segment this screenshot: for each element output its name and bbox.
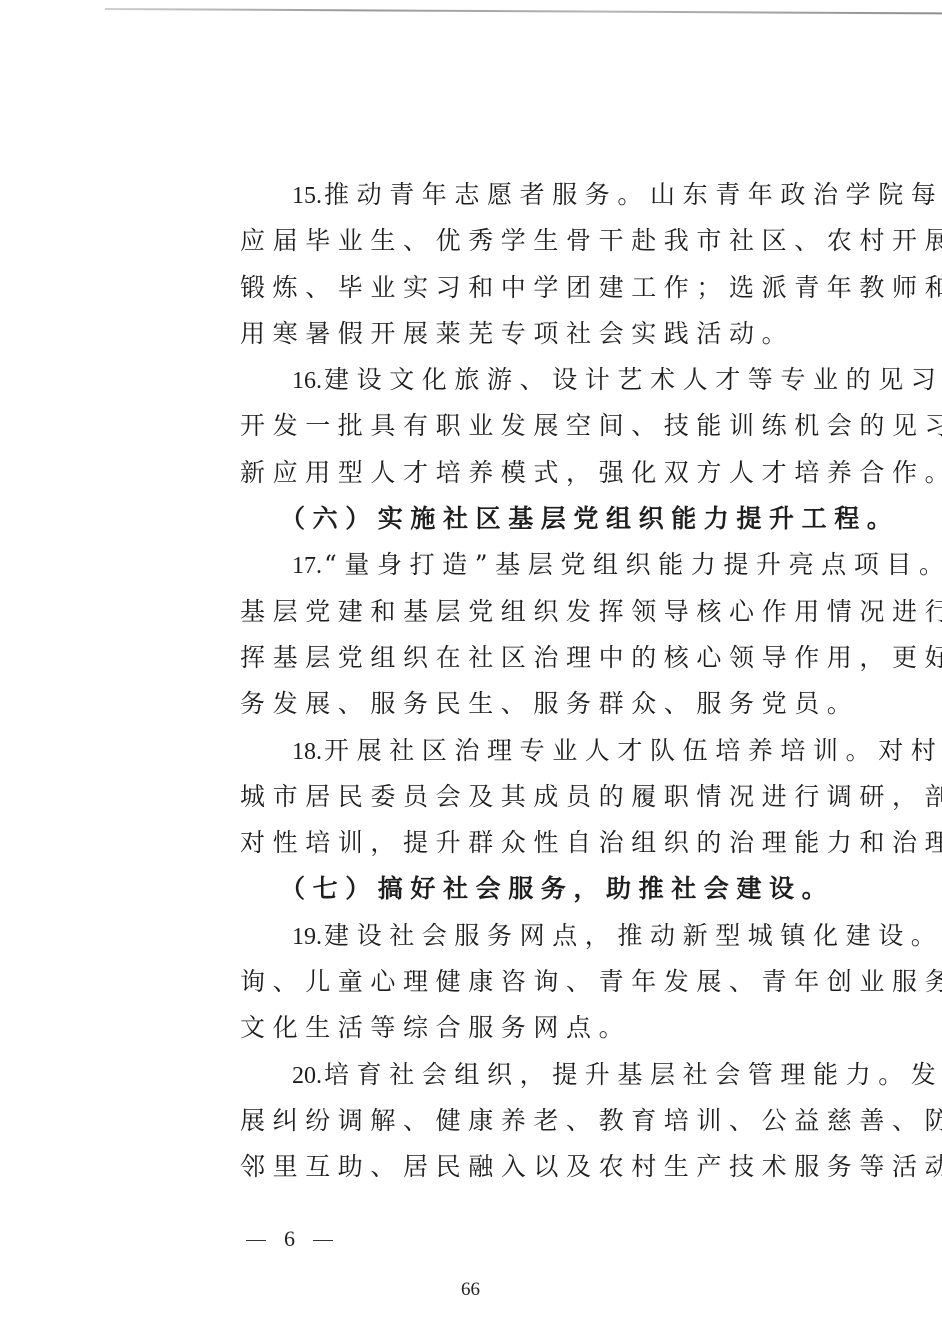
paragraph-line: 应届毕业生、优秀学生骨干赴我市社区、农村开展“青春引擎”实践 <box>240 218 942 264</box>
paragraph-line: 询、儿童心理健康咨询、青年发展、青年创业服务、村镇档案管理、 <box>240 959 942 1005</box>
paragraph-line: 新应用型人才培养模式，强化双方人才培养合作。 <box>240 450 942 496</box>
paragraph-line: 19.建设社会服务网点，推动新型城镇化建设。建设法律咨 <box>240 913 942 959</box>
paragraph-line: 用寒暑假开展莱芜专项社会实践活动。 <box>240 311 942 357</box>
dash-right <box>313 1240 333 1241</box>
paragraph-line: 锻炼、毕业实习和中学团建工作；选派青年教师和相关专业学生利 <box>240 265 942 311</box>
paragraph-line: 基层党建和基层党组织发挥领导核心作用情况进行调研，充分发 <box>240 589 942 635</box>
paragraph-line: 务发展、服务民生、服务群众、服务党员。 <box>240 681 942 727</box>
item-number: 20. <box>292 1063 322 1089</box>
paragraph-line: 20.培育社会组织，提升基层社会管理能力。发展能够有效开 <box>240 1052 942 1098</box>
scan-edge-line <box>105 8 942 14</box>
section-heading-7: （七）搞好社会服务，助推社会建设。 <box>240 866 942 912</box>
item-number: 19. <box>292 924 322 950</box>
paragraph-line: 15.推动青年志愿者服务。山东青年政治学院每年选派优秀 <box>240 172 942 218</box>
page-marker: 6 <box>246 1226 333 1252</box>
paragraph-line: 城市居民委员会及其成员的履职情况进行调研，剖析问题，加强针 <box>240 774 942 820</box>
item-number: 15. <box>292 183 322 209</box>
paragraph-item-20: 20.培育社会组织，提升基层社会管理能力。发展能够有效开 展纠纷调解、健康养老、… <box>240 1052 942 1191</box>
paragraph-line: 邻里互助、居民融入以及农村生产技术服务等活动的社区社会服 <box>240 1144 942 1190</box>
line-text: 推动青年志愿者服务。山东青年政治学院每年选派优秀 <box>324 180 942 209</box>
paragraph-line: 挥基层党组织在社区治理中的核心领导作用，更好地服务改革、服 <box>240 635 942 681</box>
paragraph-item-18: 18.开展社区治理专业人才队伍培养培训。对村民委员会和 城市居民委员会及其成员的… <box>240 728 942 867</box>
line-text: 开展社区治理专业人才队伍培养培训。对村民委员会和 <box>324 736 942 765</box>
scan-page-number: 66 <box>461 1279 480 1301</box>
paragraph-line: 展纠纷调解、健康养老、教育培训、公益慈善、防灾减灾、文体娱乐、 <box>240 1098 942 1144</box>
paragraph-item-15: 15.推动青年志愿者服务。山东青年政治学院每年选派优秀 应届毕业生、优秀学生骨干… <box>240 172 942 357</box>
paragraph-item-16: 16.建设文化旅游、设计艺术人才等专业的见习、实习基地。 开发一批具有职业发展空… <box>240 357 942 496</box>
line-text: 建设文化旅游、设计艺术人才等专业的见习、实习基地。 <box>324 365 942 394</box>
line-text: 培育社会组织，提升基层社会管理能力。发展能够有效开 <box>324 1060 942 1089</box>
paragraph-line: 开发一批具有职业发展空间、技能训练机会的见习、实习岗位，创 <box>240 403 942 449</box>
document-body: 15.推动青年志愿者服务。山东青年政治学院每年选派优秀 应届毕业生、优秀学生骨干… <box>240 172 942 1191</box>
paragraph-line: 对性培训，提升群众性自治组织的治理能力和治理水平。 <box>240 820 942 866</box>
page-marker-number: 6 <box>284 1226 295 1251</box>
paragraph-item-17: 17.“量身打造”基层党组织能力提升亮点项目。组织对全市 基层党建和基层党组织发… <box>240 542 942 727</box>
paragraph-line: 16.建设文化旅游、设计艺术人才等专业的见习、实习基地。 <box>240 357 942 403</box>
paragraph-line: 17.“量身打造”基层党组织能力提升亮点项目。组织对全市 <box>240 542 942 588</box>
paragraph-line: 18.开展社区治理专业人才队伍培养培训。对村民委员会和 <box>240 728 942 774</box>
paragraph-line: 文化生活等综合服务网点。 <box>240 1005 942 1051</box>
paragraph-item-19: 19.建设社会服务网点，推动新型城镇化建设。建设法律咨 询、儿童心理健康咨询、青… <box>240 913 942 1052</box>
section-heading-6: （六）实施社区基层党组织能力提升工程。 <box>240 496 942 542</box>
item-number: 17. <box>292 553 322 579</box>
item-number: 18. <box>292 739 322 765</box>
line-text: 建设社会服务网点，推动新型城镇化建设。建设法律咨 <box>324 921 942 950</box>
dash-left <box>246 1240 266 1241</box>
line-text: “量身打造”基层党组织能力提升亮点项目。组织对全市 <box>324 550 942 579</box>
item-number: 16. <box>292 368 322 394</box>
